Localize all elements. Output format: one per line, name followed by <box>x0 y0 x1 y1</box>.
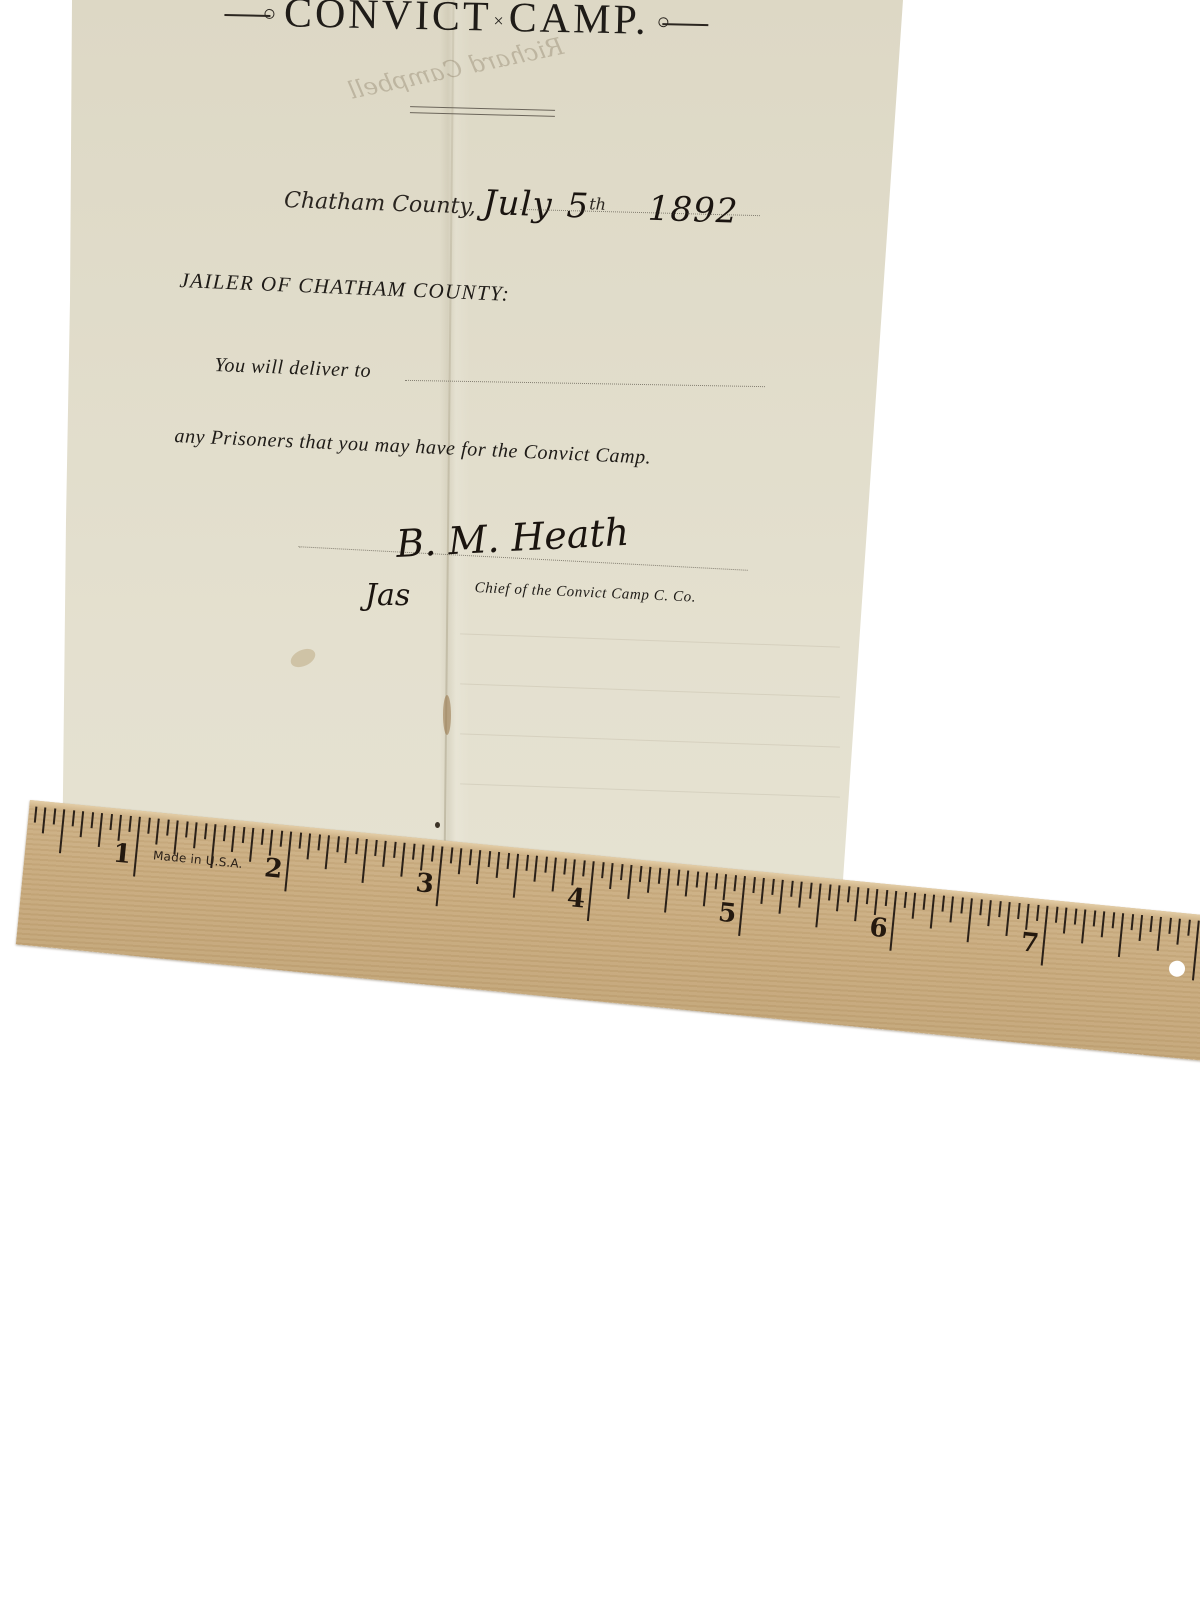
ruler-tick <box>854 887 859 921</box>
ruler-tick <box>133 817 141 877</box>
ruler-tick <box>249 828 254 862</box>
ruler-tick <box>664 869 670 913</box>
ruler-tick <box>752 877 756 893</box>
ruler-tick <box>620 864 624 880</box>
ruler-tick <box>458 848 463 874</box>
ruler-tick <box>1149 916 1153 932</box>
ruler-number: 4 <box>566 883 587 915</box>
ruler-tick <box>1092 910 1096 926</box>
ruler-tick <box>703 872 708 906</box>
ruler-tick <box>778 880 783 914</box>
ruler-tick <box>52 808 56 824</box>
ruler-tick <box>874 889 879 915</box>
ruler-tick <box>1005 902 1010 936</box>
ruler-tick <box>949 896 954 922</box>
ruler-tick <box>563 858 567 874</box>
ruler-tick <box>269 830 274 856</box>
ruler-tick <box>1111 912 1115 928</box>
ruler-tick <box>59 809 65 853</box>
faint-ruled-line <box>460 633 840 647</box>
ornament-left-icon <box>224 14 270 17</box>
ruler-tick <box>155 819 160 845</box>
paper-stain <box>443 695 451 735</box>
ruler-tick <box>723 874 728 900</box>
ruler-tick <box>166 819 170 835</box>
ruler-tick <box>374 840 378 856</box>
heading-camp: CAMP. <box>508 0 649 44</box>
ruler-tick <box>147 818 151 834</box>
ruler-tick <box>889 891 897 951</box>
faint-ruled-line <box>460 683 840 697</box>
ruler-tick <box>657 868 661 884</box>
ruler-tick <box>638 866 642 882</box>
ruler-tick <box>609 863 614 889</box>
ruler-tick <box>836 885 841 911</box>
ruler-tick <box>173 820 178 854</box>
date-county: Chatham County, <box>284 188 477 220</box>
ruler-tick <box>1139 915 1144 941</box>
ruler-tick <box>204 823 208 839</box>
signature-prefix: Jas <box>365 578 410 613</box>
ruler-tick <box>922 894 926 910</box>
ruler-tick <box>400 843 405 877</box>
ruler-tick <box>1041 906 1049 966</box>
ruler-tick <box>193 822 198 848</box>
ruler-tick <box>90 812 94 828</box>
ruler-tick <box>1130 914 1134 930</box>
ruler-tick <box>109 814 113 830</box>
ruler-tick <box>967 898 973 942</box>
ruler-tick <box>317 834 321 850</box>
ruler-tick <box>582 860 586 876</box>
faint-ruled-line <box>460 733 840 747</box>
ruler-tick <box>393 842 397 858</box>
ruler-tick <box>1025 904 1030 930</box>
ruler-tick <box>468 849 472 865</box>
ruler-tick <box>544 857 548 873</box>
ruler-tick <box>714 873 718 889</box>
date-year: 1892 <box>647 189 739 232</box>
ruler-tick <box>260 829 264 845</box>
paper-stain <box>288 645 318 670</box>
ruler-tick <box>930 895 935 929</box>
ruler-tick <box>828 884 832 900</box>
ruler-tick <box>476 850 481 884</box>
ruler-tick <box>279 831 283 847</box>
ruler-tick <box>1036 905 1040 921</box>
ruler-tick <box>355 838 359 854</box>
ruler-number: 2 <box>263 853 284 885</box>
ruler-tick <box>1054 907 1058 923</box>
ruler-tick <box>790 881 794 897</box>
ruler-tick <box>449 847 453 863</box>
ruler-number: 5 <box>717 898 738 930</box>
ruler-tick <box>771 879 775 895</box>
ruler-tick <box>601 862 605 878</box>
ruler-tick <box>1017 903 1021 919</box>
ruler-tick <box>587 861 595 921</box>
ruler-number: 1 <box>112 838 133 870</box>
ruler-hang-hole <box>1168 960 1185 977</box>
ruler-tick <box>865 888 869 904</box>
ruler-tick <box>436 846 444 906</box>
ruler-tick <box>647 867 652 893</box>
ruler-tick <box>1073 908 1077 924</box>
ruler-tick <box>231 826 236 852</box>
ruler-tick <box>430 845 434 861</box>
ruler-label: Made in U.S.A. <box>153 848 244 871</box>
ruler-tick <box>979 899 983 915</box>
ruler-tick <box>71 810 75 826</box>
heading-separator: × <box>493 10 507 30</box>
ornament-right-icon <box>662 24 708 27</box>
ruler-tick <box>42 807 47 833</box>
ruler-tick <box>412 844 416 860</box>
ruler-tick <box>815 883 821 927</box>
ruler-tick <box>627 865 632 899</box>
ruler-tick <box>325 835 330 869</box>
date-day: 5 <box>566 186 590 227</box>
ruler-tick <box>1187 920 1191 936</box>
ruler-tick <box>571 859 576 885</box>
ruler-tick <box>1192 921 1200 981</box>
ruler-tick <box>941 896 945 912</box>
document-paper <box>0 0 1200 1600</box>
ruler-tick <box>676 870 680 886</box>
ruler-tick <box>685 870 690 896</box>
ruler-tick <box>1101 911 1106 937</box>
ruler-tick <box>185 821 189 837</box>
ruler-number: 7 <box>1019 927 1040 959</box>
ruler-tick <box>420 845 425 871</box>
ruler-tick <box>382 841 387 867</box>
ruler-tick <box>80 811 85 837</box>
ruler-tick <box>809 883 813 899</box>
ruler-number: 3 <box>414 868 435 900</box>
ruler-tick <box>33 807 37 823</box>
ruler-tick <box>798 882 803 908</box>
ruler-tick <box>1168 918 1172 934</box>
ruler-tick <box>1176 919 1181 945</box>
ruler-tick <box>738 876 746 936</box>
ruler-tick <box>487 851 491 867</box>
ruler-tick <box>1081 909 1086 943</box>
faint-ruled-line <box>460 783 840 797</box>
ruler-tick <box>117 815 122 841</box>
ruler-tick <box>960 897 964 913</box>
paper-stain <box>435 822 440 828</box>
ruler-tick <box>1118 913 1124 957</box>
ruler-tick <box>998 901 1002 917</box>
ruler-tick <box>307 833 312 859</box>
ruler-tick <box>760 878 765 904</box>
ruler-tick <box>344 837 349 863</box>
ruler-tick <box>128 816 132 832</box>
ruler-tick <box>533 856 538 882</box>
ruler-tick <box>362 839 368 883</box>
ruler-tick <box>298 832 302 848</box>
ruler-tick <box>695 871 699 887</box>
ruler-tick <box>552 857 557 891</box>
ruler-tick <box>284 832 292 892</box>
ruler-tick <box>496 852 501 878</box>
ruler-tick <box>1063 908 1068 934</box>
ruler-tick <box>336 836 340 852</box>
ruler-tick <box>98 813 103 847</box>
ruler-tick <box>1157 917 1162 951</box>
ruler-tick <box>513 854 519 898</box>
heading-convict: CONVICT <box>284 0 493 41</box>
ruler-tick <box>987 900 992 926</box>
ruler-tick <box>846 886 850 902</box>
ruler-tick <box>506 853 510 869</box>
ruler-tick <box>912 893 917 919</box>
ruler-tick <box>525 855 529 871</box>
ruler-tick <box>733 875 737 891</box>
ruler-tick <box>903 892 907 908</box>
ruler-tick <box>241 827 245 843</box>
ruler-number: 6 <box>868 913 889 945</box>
photo-scene: CONVICT×CAMP. Richard Campbell Chatham C… <box>0 0 1200 1600</box>
ruler-tick <box>222 825 226 841</box>
date-month: July <box>482 183 553 225</box>
ruler-tick <box>884 890 888 906</box>
